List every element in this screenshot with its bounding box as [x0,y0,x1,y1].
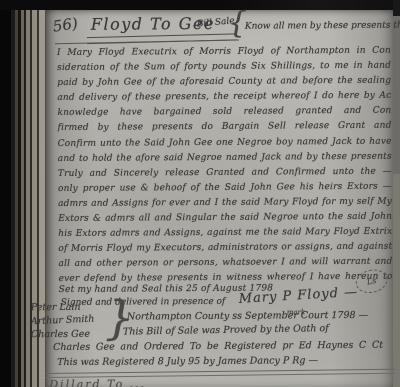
entry-number: 56) [52,14,79,35]
registered-line: This was Registered 8 July 95 by James D… [57,355,318,368]
handwritten-content: 56) Floyd To Gee Bill Sale { Know all me… [0,0,400,387]
opening-line: Know all men by these presents the [245,21,400,32]
court-certification-line: Northampton County ss September Court 17… [127,310,368,323]
attestation-line: Signed and delivered in presence of [61,297,226,308]
witness-name: Charles Gee [31,329,90,340]
witness-name: Peter Lain [31,302,81,313]
deed-book-scan: 56) Floyd To Gee Bill Sale { Know all me… [0,0,400,387]
seal-label: Ls [366,276,377,287]
proof-line: This Bill of Sale was Proved by the Oath… [123,323,329,338]
witness-name: Arthur Smith [31,314,95,328]
body-line: firmed by these presents do Bargain Sell… [57,119,391,136]
deed-body-text: I Mary Floyd Executrix of Morris Floyd o… [57,44,393,288]
registration-order-line: Charles Gee and Ordered To be Registered… [53,340,383,356]
entry-divider-rule [45,369,395,378]
next-entry-fragment: Dillard To ... [49,377,146,387]
